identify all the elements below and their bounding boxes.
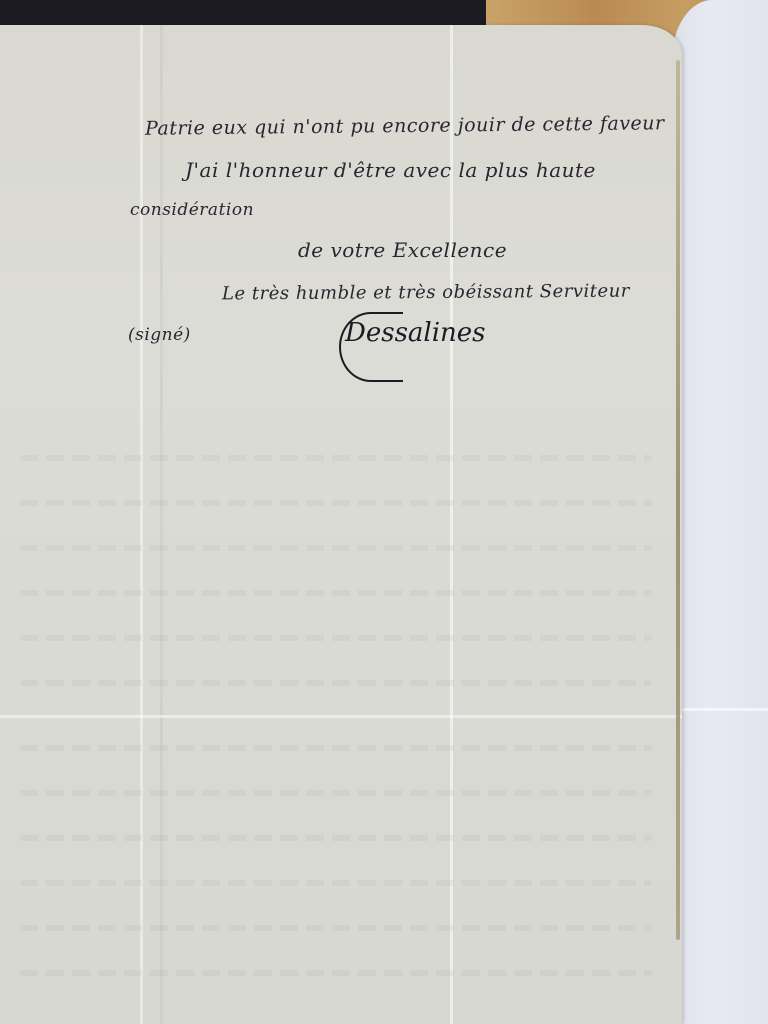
letter-line: J'ai l'honneur d'être avec la plus haute (185, 158, 596, 182)
signature: Dessalines (345, 318, 486, 348)
letter-line: Le très humble et très obéissant Servite… (222, 281, 630, 305)
bleed-through-text (20, 635, 652, 641)
letter-line: considération (130, 200, 254, 220)
bleed-through-text (20, 455, 652, 461)
bleed-through-text (20, 880, 652, 886)
signed-label: (signé) (128, 325, 191, 345)
binding-gutter (676, 60, 680, 940)
signature-flourish (339, 312, 403, 382)
fold-crease (140, 25, 143, 1024)
bleed-through-text (20, 925, 652, 931)
bleed-through-text (20, 500, 652, 506)
bleed-through-text (20, 790, 652, 796)
letter-line: de votre Excellence (298, 238, 507, 262)
fold-crease (682, 708, 768, 711)
fold-crease (0, 715, 682, 718)
bleed-through-text (20, 835, 652, 841)
fold-crease (160, 25, 163, 1024)
bleed-through-text (20, 680, 652, 686)
bleed-through-text (20, 745, 652, 751)
bleed-through-text (20, 545, 652, 551)
bleed-through-text (20, 970, 652, 976)
facing-page (672, 0, 768, 1024)
bleed-through-text (20, 590, 652, 596)
